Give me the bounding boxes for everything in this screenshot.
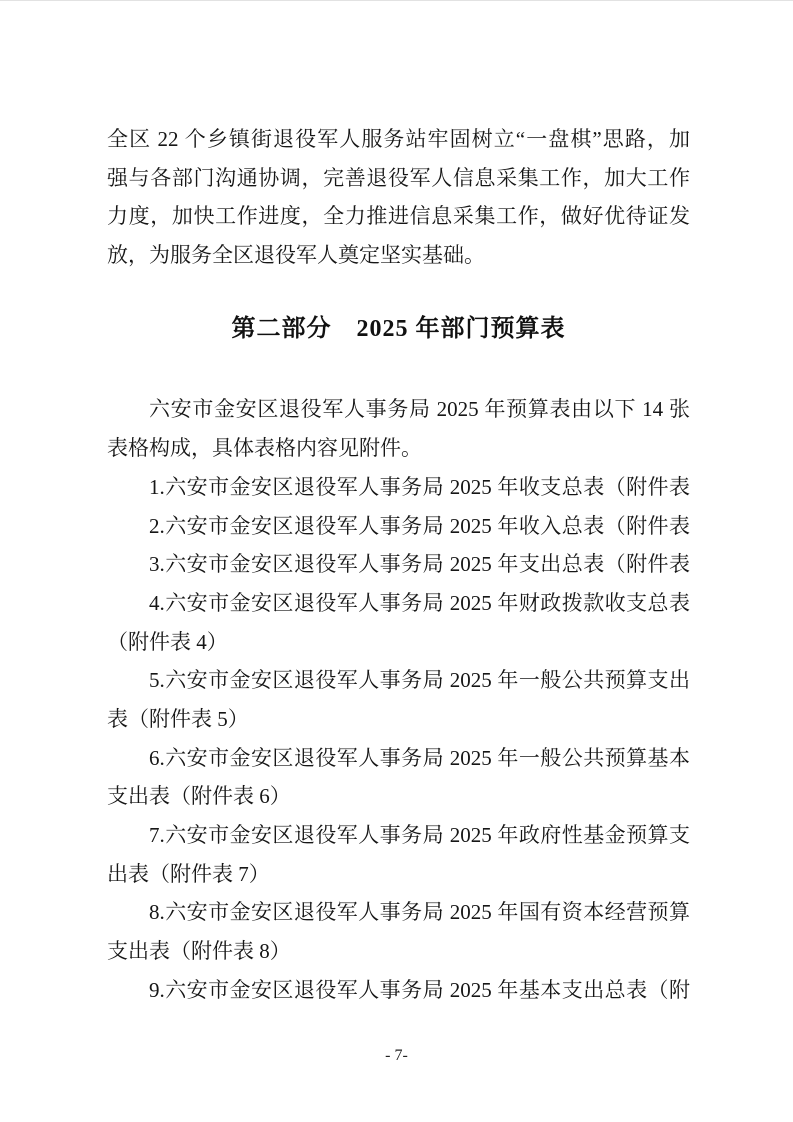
list-item-line: 表（附件表 5） xyxy=(107,700,690,739)
paragraph-line: 放，为服务全区退役军人奠定坚实基础。 xyxy=(107,236,690,275)
list-item-line: 3.六安市金安区退役军人事务局 2025 年支出总表（附件表 3） xyxy=(107,545,690,584)
list-item-line: 4.六安市金安区退役军人事务局 2025 年财政拨款收支总表 xyxy=(107,584,690,623)
list-item-line: 8.六安市金安区退役军人事务局 2025 年国有资本经营预算 xyxy=(107,893,690,932)
page-number: - 7- xyxy=(385,1047,408,1064)
list-item-line: （附件表 4） xyxy=(107,623,690,662)
list-item-line: 5.六安市金安区退役军人事务局 2025 年一般公共预算支出 xyxy=(107,661,690,700)
budget-table-list: 1.六安市金安区退役军人事务局 2025 年收支总表（附件表 1） 2.六安市金… xyxy=(107,468,690,1010)
paragraph-line: 全区 22 个乡镇街退役军人服务站牢固树立“一盘棋”思路，加 xyxy=(107,120,690,159)
list-item-line: 出表（附件表 7） xyxy=(107,855,690,894)
list-item-line: 6.六安市金安区退役军人事务局 2025 年一般公共预算基本 xyxy=(107,739,690,778)
list-item-line: 支出表（附件表 8） xyxy=(107,932,690,971)
list-item-line: 1.六安市金安区退役军人事务局 2025 年收支总表（附件表 1） xyxy=(107,468,690,507)
list-item-line: 2.六安市金安区退役军人事务局 2025 年收入总表（附件表 2） xyxy=(107,507,690,546)
list-item-line: 7.六安市金安区退役军人事务局 2025 年政府性基金预算支 xyxy=(107,816,690,855)
paragraph-line: 力度，加快工作进度，全力推进信息采集工作，做好优待证发 xyxy=(107,197,690,236)
list-item-line: 9.六安市金安区退役军人事务局 2025 年基本支出总表（附 xyxy=(107,971,690,1010)
list-item-line: 支出表（附件表 6） xyxy=(107,777,690,816)
continuation-paragraph: 全区 22 个乡镇街退役军人服务站牢固树立“一盘棋”思路，加 强与各部门沟通协调… xyxy=(107,120,690,275)
section-heading: 第二部分 2025 年部门预算表 xyxy=(107,310,690,349)
paragraph-line: 表格构成，具体表格内容见附件。 xyxy=(107,429,690,468)
intro-paragraph: 六安市金安区退役军人事务局 2025 年预算表由以下 14 张 表格构成，具体表… xyxy=(107,390,690,467)
page-footer: - 7- xyxy=(0,1047,793,1065)
paragraph-line: 强与各部门沟通协调，完善退役军人信息采集工作，加大工作 xyxy=(107,159,690,198)
paragraph-line: 六安市金安区退役军人事务局 2025 年预算表由以下 14 张 xyxy=(107,390,690,429)
document-page: 全区 22 个乡镇街退役军人服务站牢固树立“一盘棋”思路，加 强与各部门沟通协调… xyxy=(0,0,793,1122)
